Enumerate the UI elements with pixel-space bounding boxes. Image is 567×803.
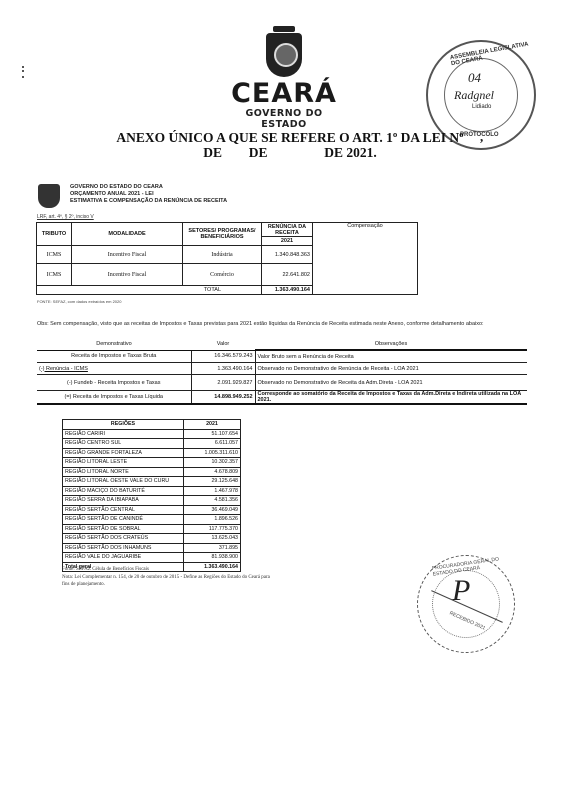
table-row: REGIÃO LITORAL NORTE4.678.809 (63, 467, 241, 477)
col-tributo: TRIBUTO (37, 223, 72, 246)
table-row: Receita de Impostos e Taxas Bruta 16.346… (37, 350, 527, 363)
table-row: REGIÃO SERTÃO DE CANINDÉ1.896.526 (63, 515, 241, 525)
document-title: ANEXO ÚNICO A QUE SE REFERE O ART. 1º DA… (90, 130, 490, 160)
demonstrativo-table: Demonstrativo Valor Observações Receita … (37, 338, 527, 405)
table-row: REGIÃO GRANDE FORTALEZA1.005.311.610 (63, 448, 241, 458)
cell-valor: 371.895 (184, 543, 241, 553)
coat-of-arms-icon (266, 33, 302, 77)
table-row: REGIÃO LITORAL LESTE10.302.357 (63, 458, 241, 468)
table-row: REGIÃO SERTÃO CENTRAL36.469.049 (63, 505, 241, 515)
doc-header-line-2: ORÇAMENTO ANUAL 2021 - LEI (70, 191, 227, 198)
cell-valor: 1.005.311.610 (184, 448, 241, 458)
cell-regiao: REGIÃO SERRA DA IBIAPABA (63, 496, 184, 506)
table-row: (-) Renúncia - ICMS 1.363.490.164 Observ… (37, 363, 527, 375)
cell-valor: 22.641.802 (262, 264, 313, 286)
table-row: REGIÃO SERTÃO DOS INHAMUNS371.895 (63, 543, 241, 553)
col-compensacao: Compensação (313, 223, 418, 295)
cell-valor: 1.467.978 (184, 486, 241, 496)
scan-speck (22, 66, 24, 68)
ceara-logo: CEARÁ GOVERNO DO ESTADO (224, 26, 344, 130)
cell-regiao: REGIÃO SERTÃO CENTRAL (63, 505, 184, 515)
cell-regiao: REGIÃO LITORAL OESTE VALE DO CURU (63, 477, 184, 487)
cell-valor: 6.611.057 (184, 439, 241, 449)
cell-regiao: REGIÃO SERTÃO DOS CRATEÚS (63, 534, 184, 544)
cell-valor: 13.625.043 (184, 534, 241, 544)
cell-note: Valor Bruto sem a Renúncia de Receita (255, 350, 527, 363)
col-2021: 2021 (184, 420, 241, 430)
stamp-number: 04 (468, 70, 481, 86)
cell-value: 2.091.929.827 (191, 375, 255, 391)
col-renuncia: RENÚNCIA DA RECEITA (262, 223, 313, 237)
col-setores: SETORES/ PROGRAMAS/ BENEFICIÁRIOS (183, 223, 262, 246)
cell-modalidade: Incentivo Fiscal (72, 246, 183, 264)
cell-regiao: REGIÃO VALE DO JAGUARIBE (63, 553, 184, 563)
scan-speck (22, 76, 24, 78)
cell-regiao: REGIÃO CARIRI (63, 429, 184, 439)
table-row: REGIÃO MACIÇO DO BATURITÉ1.467.978 (63, 486, 241, 496)
col-valor: Valor (191, 338, 255, 350)
table-row: REGIÃO LITORAL OESTE VALE DO CURU29.125.… (63, 477, 241, 487)
cell-regiao: REGIÃO SERTÃO DOS INHAMUNS (63, 543, 184, 553)
cell-valor: 81.938.900 (184, 553, 241, 563)
cell-regiao: REGIÃO CENTRO SUL (63, 439, 184, 449)
col-observacoes: Observações (255, 338, 527, 350)
cell-tributo: ICMS (37, 264, 72, 286)
cell-setor: Comércio (183, 264, 262, 286)
cell-valor: 117.775.370 (184, 524, 241, 534)
title-de-1: DE (203, 145, 222, 160)
cell-label: (-) Renúncia - ICMS (37, 363, 191, 375)
cell-valor: 4.581.356 (184, 496, 241, 506)
cell-regiao: REGIÃO LITORAL LESTE (63, 458, 184, 468)
total-value: 1.363.490.164 (262, 286, 313, 295)
renuncia-table: TRIBUTO MODALIDADE SETORES/ PROGRAMAS/ B… (36, 222, 418, 295)
cell-setor: Indústria (183, 246, 262, 264)
cell-valor: 4.678.809 (184, 467, 241, 477)
cell-valor: 1.340.848.363 (262, 246, 313, 264)
title-comma: , (480, 129, 483, 145)
cell-regiao: REGIÃO LITORAL NORTE (63, 467, 184, 477)
cell-tributo: ICMS (37, 246, 72, 264)
table-row: REGIÃO VALE DO JAGUARIBE81.938.900 (63, 553, 241, 563)
table-row: REGIÃO SERTÃO DE SOBRAL117.775.370 (63, 524, 241, 534)
cell-valor: 1.896.526 (184, 515, 241, 525)
doc-header-line-1: GOVERNO DO ESTADO DO CEARA (70, 184, 227, 191)
cell-note: Observado no Demonstrativo de Renúncia d… (255, 363, 527, 375)
doc-header-line-3: ESTIMATIVA E COMPENSAÇÃO DA RENÚNCIA DE … (70, 198, 227, 205)
table-source: FONTE: SEFAZ, com dados extraídos em 202… (37, 299, 121, 304)
stamp-signature: Radgnel (454, 88, 494, 103)
table-row: REGIÃO CENTRO SUL6.611.057 (63, 439, 241, 449)
footnote-note: Nota: Lei Complementar n. 154, de 20 de … (62, 574, 272, 589)
lrf-reference: LRF, art. 4º, § 2º, inciso V (37, 214, 94, 220)
col-demonstrativo: Demonstrativo (37, 338, 191, 350)
cell-regiao: REGIÃO SERTÃO DE CANINDÉ (63, 515, 184, 525)
footnote-source: Fonte: SEFAZ Célula de Benefícios Fiscai… (62, 566, 272, 574)
cell-note: Observado no Demonstrativo de Receita da… (255, 375, 527, 391)
total-label: TOTAL (37, 286, 262, 295)
title-line-2: DE DE DE 2021. (90, 145, 490, 160)
cell-note: Corresponde ao somatório da Receita de I… (255, 391, 527, 405)
col-year: 2021 (262, 237, 313, 246)
col-modalidade: MODALIDADE (72, 223, 183, 246)
cell-regiao: REGIÃO GRANDE FORTALEZA (63, 448, 184, 458)
received-stamp: PROCURADORIA GERAL DO ESTADO DO CEARÁ P … (417, 555, 515, 653)
scan-speck (22, 70, 24, 72)
table-row: REGIÃO SERRA DA IBIAPABA4.581.356 (63, 496, 241, 506)
regioes-table: REGIÕES 2021 REGIÃO CARIRI51.107.654REGI… (62, 419, 241, 572)
cell-regiao: REGIÃO MACIÇO DO BATURITÉ (63, 486, 184, 496)
brand-name: CEARÁ (224, 80, 344, 108)
footnotes: Fonte: SEFAZ Célula de Benefícios Fiscai… (62, 566, 272, 589)
cell-label: (-) Fundeb - Receita Impostos e Taxas (37, 375, 191, 391)
stamp-small-text: Lidiado (472, 104, 491, 110)
cell-valor: 29.125.648 (184, 477, 241, 487)
brand-subtitle: GOVERNO DO ESTADO (224, 108, 344, 130)
cell-label: (=) Receita de Impostos e Taxas Líquida (37, 391, 191, 405)
crown-icon (273, 26, 295, 32)
table-row: (-) Fundeb - Receita Impostos e Taxas 2.… (37, 375, 527, 391)
cell-modalidade: Incentivo Fiscal (72, 264, 183, 286)
cell-valor: 36.469.049 (184, 505, 241, 515)
col-regioes: REGIÕES (63, 420, 184, 430)
title-line-1: ANEXO ÚNICO A QUE SE REFERE O ART. 1º DA… (90, 130, 490, 145)
title-de-2: DE (249, 145, 268, 160)
cell-valor: 10.302.357 (184, 458, 241, 468)
observation-text: Obs: Sem compensação, visto que as recei… (37, 321, 484, 327)
cell-regiao: REGIÃO SERTÃO DE SOBRAL (63, 524, 184, 534)
cell-label: Receita de Impostos e Taxas Bruta (37, 350, 191, 363)
cell-value: 16.346.579.243 (191, 350, 255, 363)
cell-valor: 51.107.654 (184, 429, 241, 439)
table-row: REGIÃO CARIRI51.107.654 (63, 429, 241, 439)
cell-value: 14.898.949.252 (191, 391, 255, 405)
cell-value: 1.363.490.164 (191, 363, 255, 375)
table-row: REGIÃO SERTÃO DOS CRATEÚS13.625.043 (63, 534, 241, 544)
mini-coat-of-arms-icon (38, 184, 60, 208)
title-year: DE 2021. (324, 145, 377, 160)
doc-header: GOVERNO DO ESTADO DO CEARA ORÇAMENTO ANU… (70, 184, 227, 205)
table-row: (=) Receita de Impostos e Taxas Líquida … (37, 391, 527, 405)
